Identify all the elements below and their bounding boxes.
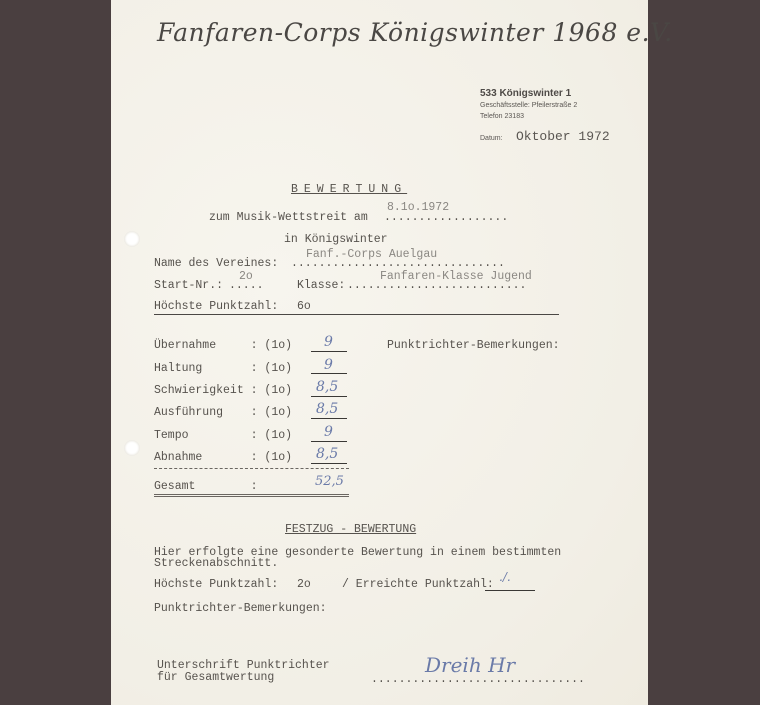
letterhead-organization: Fanfaren-Corps Königswinter 1968 e.V. [157, 18, 673, 47]
phone-line: Telefon 23183 [480, 113, 524, 120]
score-value-haltung: 9 [324, 357, 333, 373]
total-value: 52,5 [315, 474, 344, 489]
contest-date: 8.1o.1972 [387, 201, 449, 214]
parade-achieved-label: / Erreichte Punktzahl: [342, 578, 494, 591]
class-value: Fanfaren-Klasse Jugend [380, 270, 532, 283]
header-divider [154, 314, 559, 315]
score-value-schwierigkeit: 8,5 [316, 379, 338, 395]
score-line [311, 351, 347, 352]
club-value: Fanf.-Corps Auelgau [306, 248, 437, 261]
score-line [311, 418, 347, 419]
punch-hole-top [124, 231, 140, 247]
score-value-ausfuehrung: 8,5 [316, 401, 338, 417]
total-label: Gesamt : [154, 480, 258, 493]
parade-max-points-value: 2o [297, 578, 311, 591]
score-label-tempo: Tempo : (1o) [154, 429, 292, 442]
signature-label-2: für Gesamtwertung [157, 671, 274, 684]
punch-hole-bottom [124, 440, 140, 456]
contest-label: zum Musik-Wettstreit am [209, 211, 368, 224]
class-label: Klasse: [297, 279, 345, 292]
office-line: Geschäftsstelle: Pfeilerstraße 2 [480, 102, 577, 109]
score-value-tempo: 9 [324, 424, 333, 440]
achieved-line [485, 590, 535, 591]
score-line [311, 441, 347, 442]
parade-description-2: Streckenabschnitt. [154, 557, 278, 570]
score-line [311, 396, 347, 397]
score-label-uebernahme: Übernahme : (1o) [154, 339, 292, 352]
club-label: Name des Vereines: [154, 257, 278, 270]
parade-title: FESTZUG - BEWERTUNG [285, 523, 416, 536]
total-separator [154, 468, 349, 469]
parade-max-points-label: Höchste Punktzahl: [154, 578, 278, 591]
score-line [311, 463, 347, 464]
start-value: 2o [239, 270, 253, 283]
address-line: 533 Königswinter 1 [480, 88, 571, 99]
total-underline [154, 494, 349, 497]
location-line: in Königswinter [284, 233, 388, 246]
date-value: Oktober 1972 [516, 129, 610, 144]
remarks-label: Punktrichter-Bemerkungen: [387, 339, 560, 352]
score-value-abnahme: 8,5 [316, 446, 338, 462]
score-label-schwierigkeit: Schwierigkeit : (1o) [154, 384, 292, 397]
max-points-value: 6o [297, 300, 311, 313]
score-value-uebernahme: 9 [324, 334, 333, 350]
parade-achieved-value: ./. [499, 570, 511, 584]
date-label: Datum: [480, 135, 503, 142]
max-points-label: Höchste Punktzahl: [154, 300, 278, 313]
form-title: BEWERTUNG [291, 183, 407, 196]
parade-remarks-label: Punktrichter-Bemerkungen: [154, 602, 327, 615]
score-label-ausfuehrung: Ausführung : (1o) [154, 406, 292, 419]
score-label-haltung: Haltung : (1o) [154, 362, 292, 375]
score-line [311, 373, 347, 374]
document-page: Fanfaren-Corps Königswinter 1968 e.V. 53… [111, 0, 648, 705]
start-label: Start-Nr.: [154, 279, 223, 292]
signature-handwritten: Dreih Hr [425, 653, 515, 677]
score-label-abnahme: Abnahme : (1o) [154, 451, 292, 464]
